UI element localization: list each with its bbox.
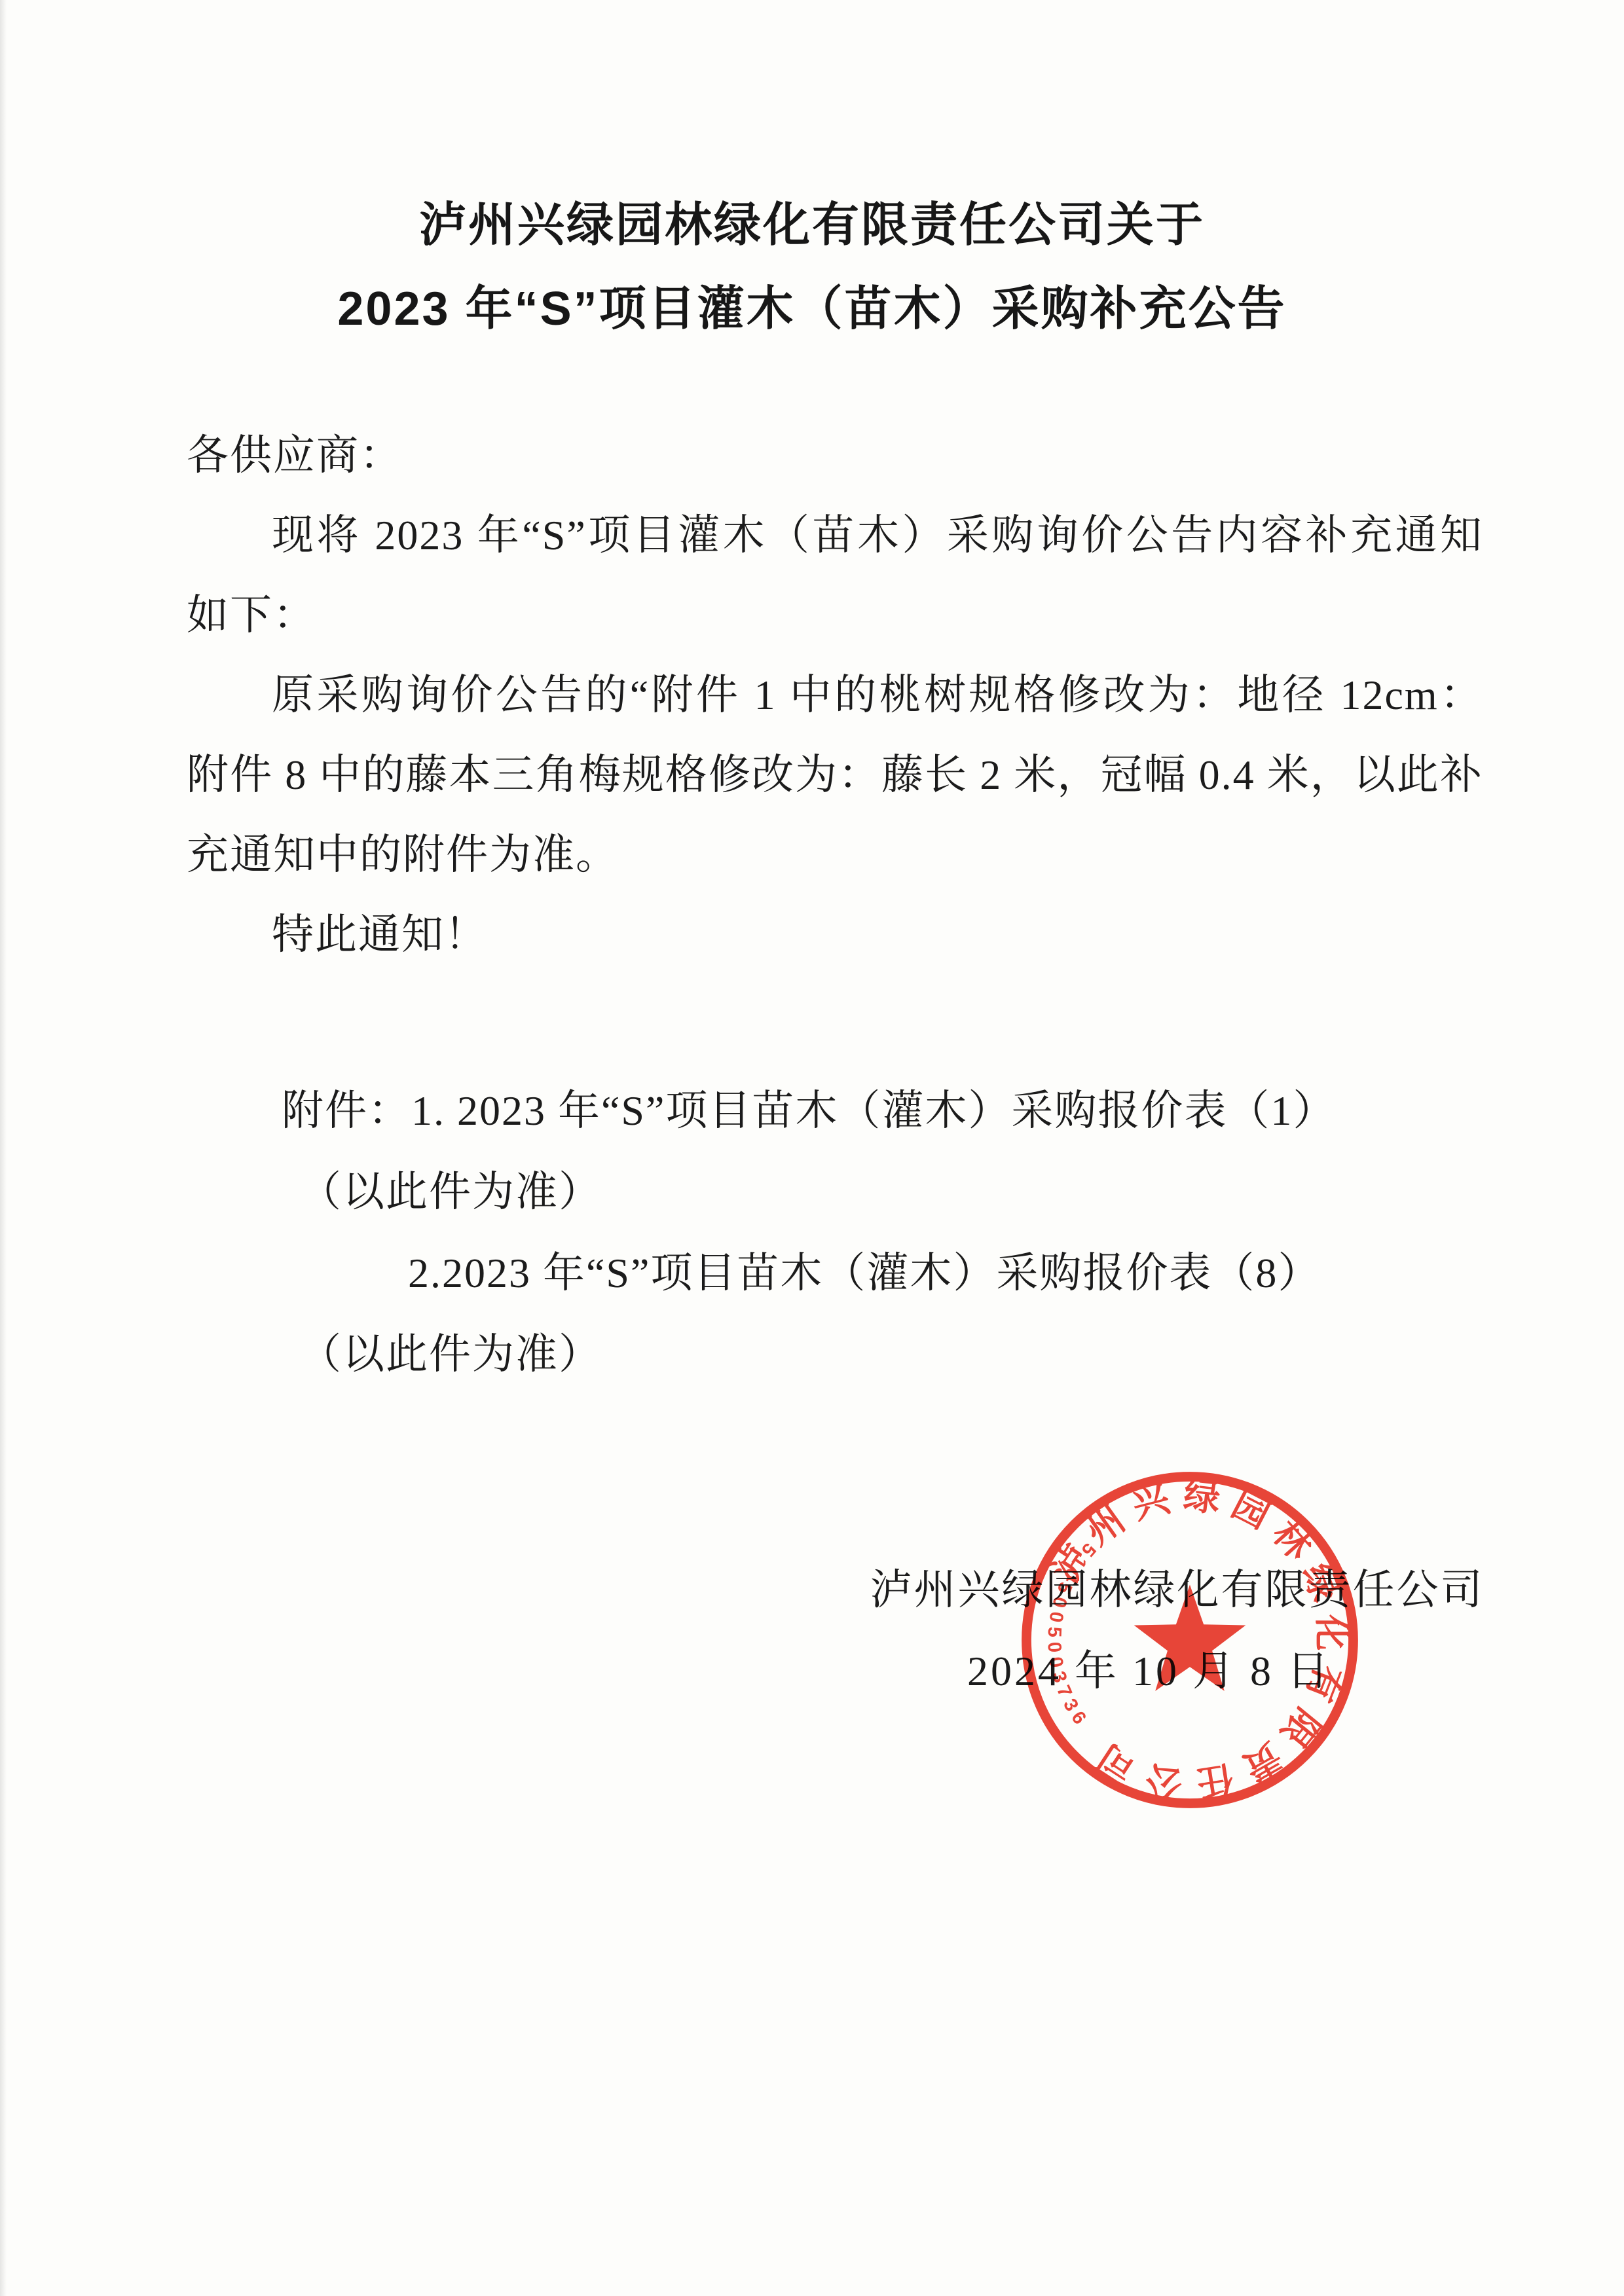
document-title-line1: 泸州兴绿园林绿化有限责任公司关于 — [0, 202, 1624, 249]
seal-graphic: 泸州兴绿园林绿化有限责任公司 5105005003736 — [1017, 1467, 1363, 1813]
star-icon — [1134, 1585, 1246, 1691]
document-body: 各供应商： 现将 2023 年“S”项目灌木（苗木）采购询价公告内容补充通知 如… — [187, 416, 1483, 1395]
salutation: 各供应商： — [187, 416, 1483, 496]
paragraph-detail-line3: 充通知中的附件为准。 — [187, 815, 1483, 895]
attachment-line1: 附件：1. 2023 年“S”项目苗木（灌木）采购报价表（1） — [187, 1070, 1483, 1152]
attachment-note2: （以此件为准） — [187, 1314, 1483, 1395]
attachment-note1: （以此件为准） — [187, 1152, 1483, 1233]
paragraph-detail-line1: 原采购询价公告的“附件 1 中的桃树规格修改为：地径 12cm： — [187, 655, 1483, 735]
paragraph-intro-line1: 现将 2023 年“S”项目灌木（苗木）采购询价公告内容补充通知 — [187, 496, 1483, 575]
notice-line: 特此通知！ — [187, 895, 1483, 975]
paragraph-detail-line2: 附件 8 中的藤本三角梅规格修改为：藤长 2 米，冠幅 0.4 米，以此补 — [187, 735, 1483, 815]
blank-line — [187, 975, 1483, 1055]
attachment-line2: 2.2023 年“S”项目苗木（灌木）采购报价表（8） — [187, 1233, 1483, 1314]
company-official-seal: 泸州兴绿园林绿化有限责任公司 5105005003736 — [1017, 1467, 1363, 1813]
paragraph-intro-line2: 如下： — [187, 575, 1483, 655]
blank-gap — [187, 1055, 1483, 1070]
document-page: 泸州兴绿园林绿化有限责任公司关于 2023 年“S”项目灌木（苗木）采购补充公告… — [0, 0, 1624, 2296]
document-title-line2: 2023 年“S”项目灌木（苗木）采购补充公告 — [0, 285, 1624, 333]
